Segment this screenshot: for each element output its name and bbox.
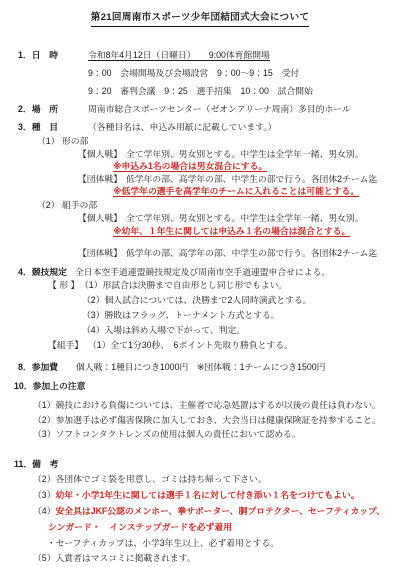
text-segment: （5） (33, 553, 56, 563)
text-segment: 3．種 目 (18, 122, 88, 132)
text-segment: 【個人戦】 (78, 149, 126, 159)
doc-line: シンガード・ インステップガードを必ず着用 (0, 522, 400, 532)
doc-line: （3）幼年・小学1年生に関しては選手１名に対して付き添い１名をつけてもよい。 (0, 490, 400, 500)
text-segment: （3） (33, 429, 56, 439)
text-segment: （2）個人試合については、決勝まで2人同時演武とする。 (82, 295, 312, 305)
text-segment: （各種目名は、申込み用紙に記載しています。） (88, 122, 276, 132)
text-segment: 【個人戦】 (78, 213, 126, 223)
text-segment: 令和8年4月12日（日曜日） 9:00体育館開場 (88, 50, 270, 61)
doc-line: 9：00 会場開場及び会場設営 9：00～9：15 受付 (0, 68, 400, 78)
text-segment: 入賞者はマスコミに掲載されます。 (56, 553, 196, 563)
doc-line: 8．参加費個人戦：1種目につき1000円 ※団体戦：1チームにつき1500円 (0, 362, 400, 372)
text-segment: 全日本空手道連盟競技規定及び周南市空手道連盟申合せによる。 (75, 267, 330, 277)
text-segment: 1．日 時 (18, 50, 88, 60)
doc-line: 【団体戦】低学年の部、高学年の部、中学生の部で行う。各団体2チーム迄 (0, 248, 400, 258)
doc-line: （5）入賞者はマスコミに掲載されます。 (0, 553, 400, 563)
doc-line: 2．場 所周南市総合スポーツセンター（ゼオンアリーナ周南）多目的ホール (0, 104, 400, 114)
doc-line: 9：20 審判会議 9：25 選手招集 10：00 試合開始 (0, 86, 400, 96)
doc-line: 【個人戦】全て学年別、男女別とする。中学生は全学年一緒、男女別。 (0, 213, 400, 223)
highlight-text: ※幼年、１年生に関しては申込み１名の場合は混合とする。 (113, 226, 350, 237)
doc-line: 1．日 時令和8年4月12日（日曜日） 9:00体育館開場 (0, 50, 400, 60)
doc-line: ※低学年の選手を高学年のチームに入れることは可能とする。 (0, 186, 400, 196)
highlight-text: シンガード・ インステップガードを必ず着用 (48, 522, 232, 532)
title-row: 第21回周南市スポーツ少年団結団式大会について (0, 0, 400, 27)
text-segment: 10．参加上の注意 (14, 381, 85, 391)
doc-line: ※幼年、１年生に関しては申込み１名の場合は混合とする。 (0, 226, 400, 236)
text-segment: 【団体戦】 (78, 248, 126, 258)
doc-line: （2）参加選手は必ず傷害保険に加入しておき、大会当日は健康保険証を持参すること。 (0, 415, 400, 425)
doc-line: （4）安全具はJKF公認のメンホー、拳サポーター、胴プロテクター、セーフティカッ… (0, 506, 400, 516)
text-segment: 4．競技規定 (18, 267, 75, 277)
doc-line: 【 形 】（1）形試合は決勝まで自由形とし同じ形でもよい。 (0, 280, 400, 290)
text-segment: ・セーフティカップは、小学3年生以上、必ず着用とする。 (47, 538, 279, 548)
text-segment: （4）入場は斜め入場で下がって、判定。 (82, 325, 245, 335)
text-segment: （1）形試合は決勝まで自由形とし同じ形でもよい。 (80, 280, 287, 290)
highlight-text: 安全具はJKF公認のメンホー、拳サポーター、胴プロテクター、セーフティカップ、 (56, 506, 385, 516)
doc-line: 11．備 考 (0, 459, 400, 469)
doc-line: （1）形の部 (0, 136, 400, 146)
doc-line: 10．参加上の注意 (0, 381, 400, 391)
text-segment: （3） (33, 490, 56, 500)
text-segment: （2） (37, 200, 62, 210)
doc-line: 【個人戦】全て学年別、男女別とする。中学生は全学年一緒、男女別。 (0, 149, 400, 159)
text-segment: （2） (33, 415, 56, 425)
text-segment: 参加選手は必ず傷害保険に加入しておき、大会当日は健康保険証を持参すること。 (56, 415, 381, 425)
text-segment: 周南市総合スポーツセンター（ゼオンアリーナ周南）多目的ホール (88, 104, 351, 114)
document-page: 第21回周南市スポーツ少年団結団式大会について 1．日 時令和8年4月12日（日… (0, 0, 400, 567)
text-segment: 組手の部 (62, 200, 97, 210)
doc-line: （2）各団体でゴミ袋を用意し、ゴミは持ち帰って下さい。 (0, 474, 400, 484)
doc-line: （3）勝敗はフラッグ、トーナメント方式とする。 (0, 310, 400, 320)
text-segment: 全て学年別、男女別とする。中学生は全学年一緒、男女別。 (126, 213, 364, 223)
doc-line: （3）ソフトコンタクトレンズの使用は個人の責任において認める。 (0, 429, 400, 439)
text-segment: 11．備 考 (14, 459, 59, 469)
text-segment: 競技における負傷については、主催者で応急処置はするが以後の責任は負わない。 (56, 400, 381, 410)
text-segment: 全て学年別、男女別とする。中学生は全学年一緒、男女別。 (126, 149, 364, 159)
text-segment: 9：00 会場開場及び会場設営 9：00～9：15 受付 (88, 68, 299, 78)
text-segment: 【 形 】 (48, 280, 80, 290)
text-segment: （3）勝敗はフラッグ、トーナメント方式とする。 (82, 310, 280, 320)
text-segment: （4） (33, 506, 56, 516)
doc-line: 【組手】（1）全て1分30秒、 6ポイント先取り勝負とする。 (0, 340, 400, 350)
text-segment: （2） (33, 474, 56, 484)
text-segment: 8．参加費 (18, 362, 76, 372)
doc-line: ・セーフティカップは、小学3年生以上、必ず着用とする。 (0, 538, 400, 548)
highlight-text: ※申込み1名の場合は男女混合にする。 (113, 161, 267, 172)
doc-line: （1）競技における負傷については、主催者で応急処置はするが以後の責任は負わない。 (0, 400, 400, 410)
text-segment: 【組手】 (48, 340, 88, 350)
document-body: 1．日 時令和8年4月12日（日曜日） 9:00体育館開場9：00 会場開場及び… (0, 50, 400, 563)
text-segment: 個人戦：1種目につき1000円 ※団体戦：1チームにつき1500円 (76, 362, 325, 372)
text-segment: 2．場 所 (18, 104, 88, 114)
text-segment: 低学年の部、高学年の部、中学生の部で行う。各団体2チーム迄 (126, 174, 377, 184)
highlight-text: 幼年・小学1年生に関しては選手１名に対して付き添い１名をつけてもよい。 (56, 490, 360, 500)
doc-line: 【団体戦】低学年の部、高学年の部、中学生の部で行う。各団体2チーム迄 (0, 174, 400, 184)
text-segment: 形の部 (62, 136, 88, 146)
page-title: 第21回周南市スポーツ少年団結団式大会について (91, 12, 309, 27)
doc-line: （2）個人試合については、決勝まで2人同時演武とする。 (0, 295, 400, 305)
doc-line: （4）入場は斜め入場で下がって、判定。 (0, 325, 400, 335)
text-segment: 各団体でゴミ袋を用意し、ゴミは持ち帰って下さい。 (56, 474, 267, 484)
text-segment: 9：20 審判会議 9：25 選手招集 10：00 試合開始 (88, 86, 313, 96)
doc-line: 4．競技規定全日本空手道連盟競技規定及び周南市空手道連盟申合せによる。 (0, 267, 400, 277)
highlight-text: ※低学年の選手を高学年のチームに入れることは可能とする。 (113, 186, 359, 197)
text-segment: （1）全て1分30秒、 6ポイント先取り勝負とする。 (88, 340, 293, 350)
text-segment: （1） (37, 136, 62, 146)
text-segment: 低学年の部、高学年の部、中学生の部で行う。各団体2チーム迄 (126, 248, 377, 258)
text-segment: 【団体戦】 (78, 174, 126, 184)
doc-line: （2）組手の部 (0, 200, 400, 210)
text-segment: （1） (33, 400, 56, 410)
doc-line: 3．種 目（各種目名は、申込み用紙に記載しています。） (0, 122, 400, 132)
text-segment: ソフトコンタクトレンズの使用は個人の責任において認める。 (56, 429, 301, 439)
doc-line: ※申込み1名の場合は男女混合にする。 (0, 161, 400, 171)
